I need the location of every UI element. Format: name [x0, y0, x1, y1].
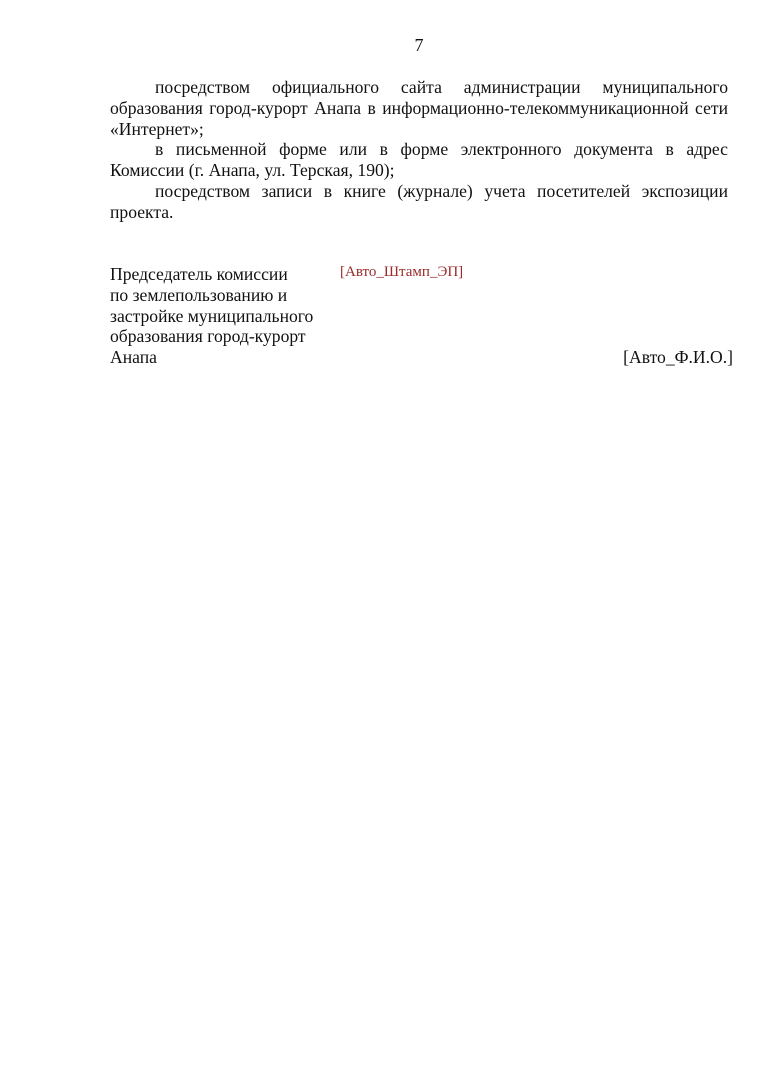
electronic-signature-stamp-placeholder: [Авто_Штамп_ЭП] — [340, 263, 463, 281]
signatory-position-line: Анапа — [110, 347, 340, 368]
paragraph-visitor-book: посредством записи в книге (журнале) уче… — [110, 181, 728, 223]
signatory-position-line: Председатель комиссии — [110, 264, 340, 285]
page-number: 7 — [0, 35, 765, 55]
signatory-position-line: образования город-курорт — [110, 326, 340, 347]
paragraph-website: посредством официального сайта администр… — [110, 77, 728, 139]
document-body: посредством официального сайта администр… — [110, 77, 728, 223]
paragraph-written-form: в письменной форме или в форме электронн… — [110, 139, 728, 181]
signatory-position-line: по землепользованию и — [110, 285, 340, 306]
signatory-position: Председатель комиссии по землепользовани… — [110, 264, 340, 368]
signatory-name-placeholder: [Авто_Ф.И.О.] — [623, 347, 733, 368]
signatory-position-line: застройке муниципального — [110, 306, 340, 327]
